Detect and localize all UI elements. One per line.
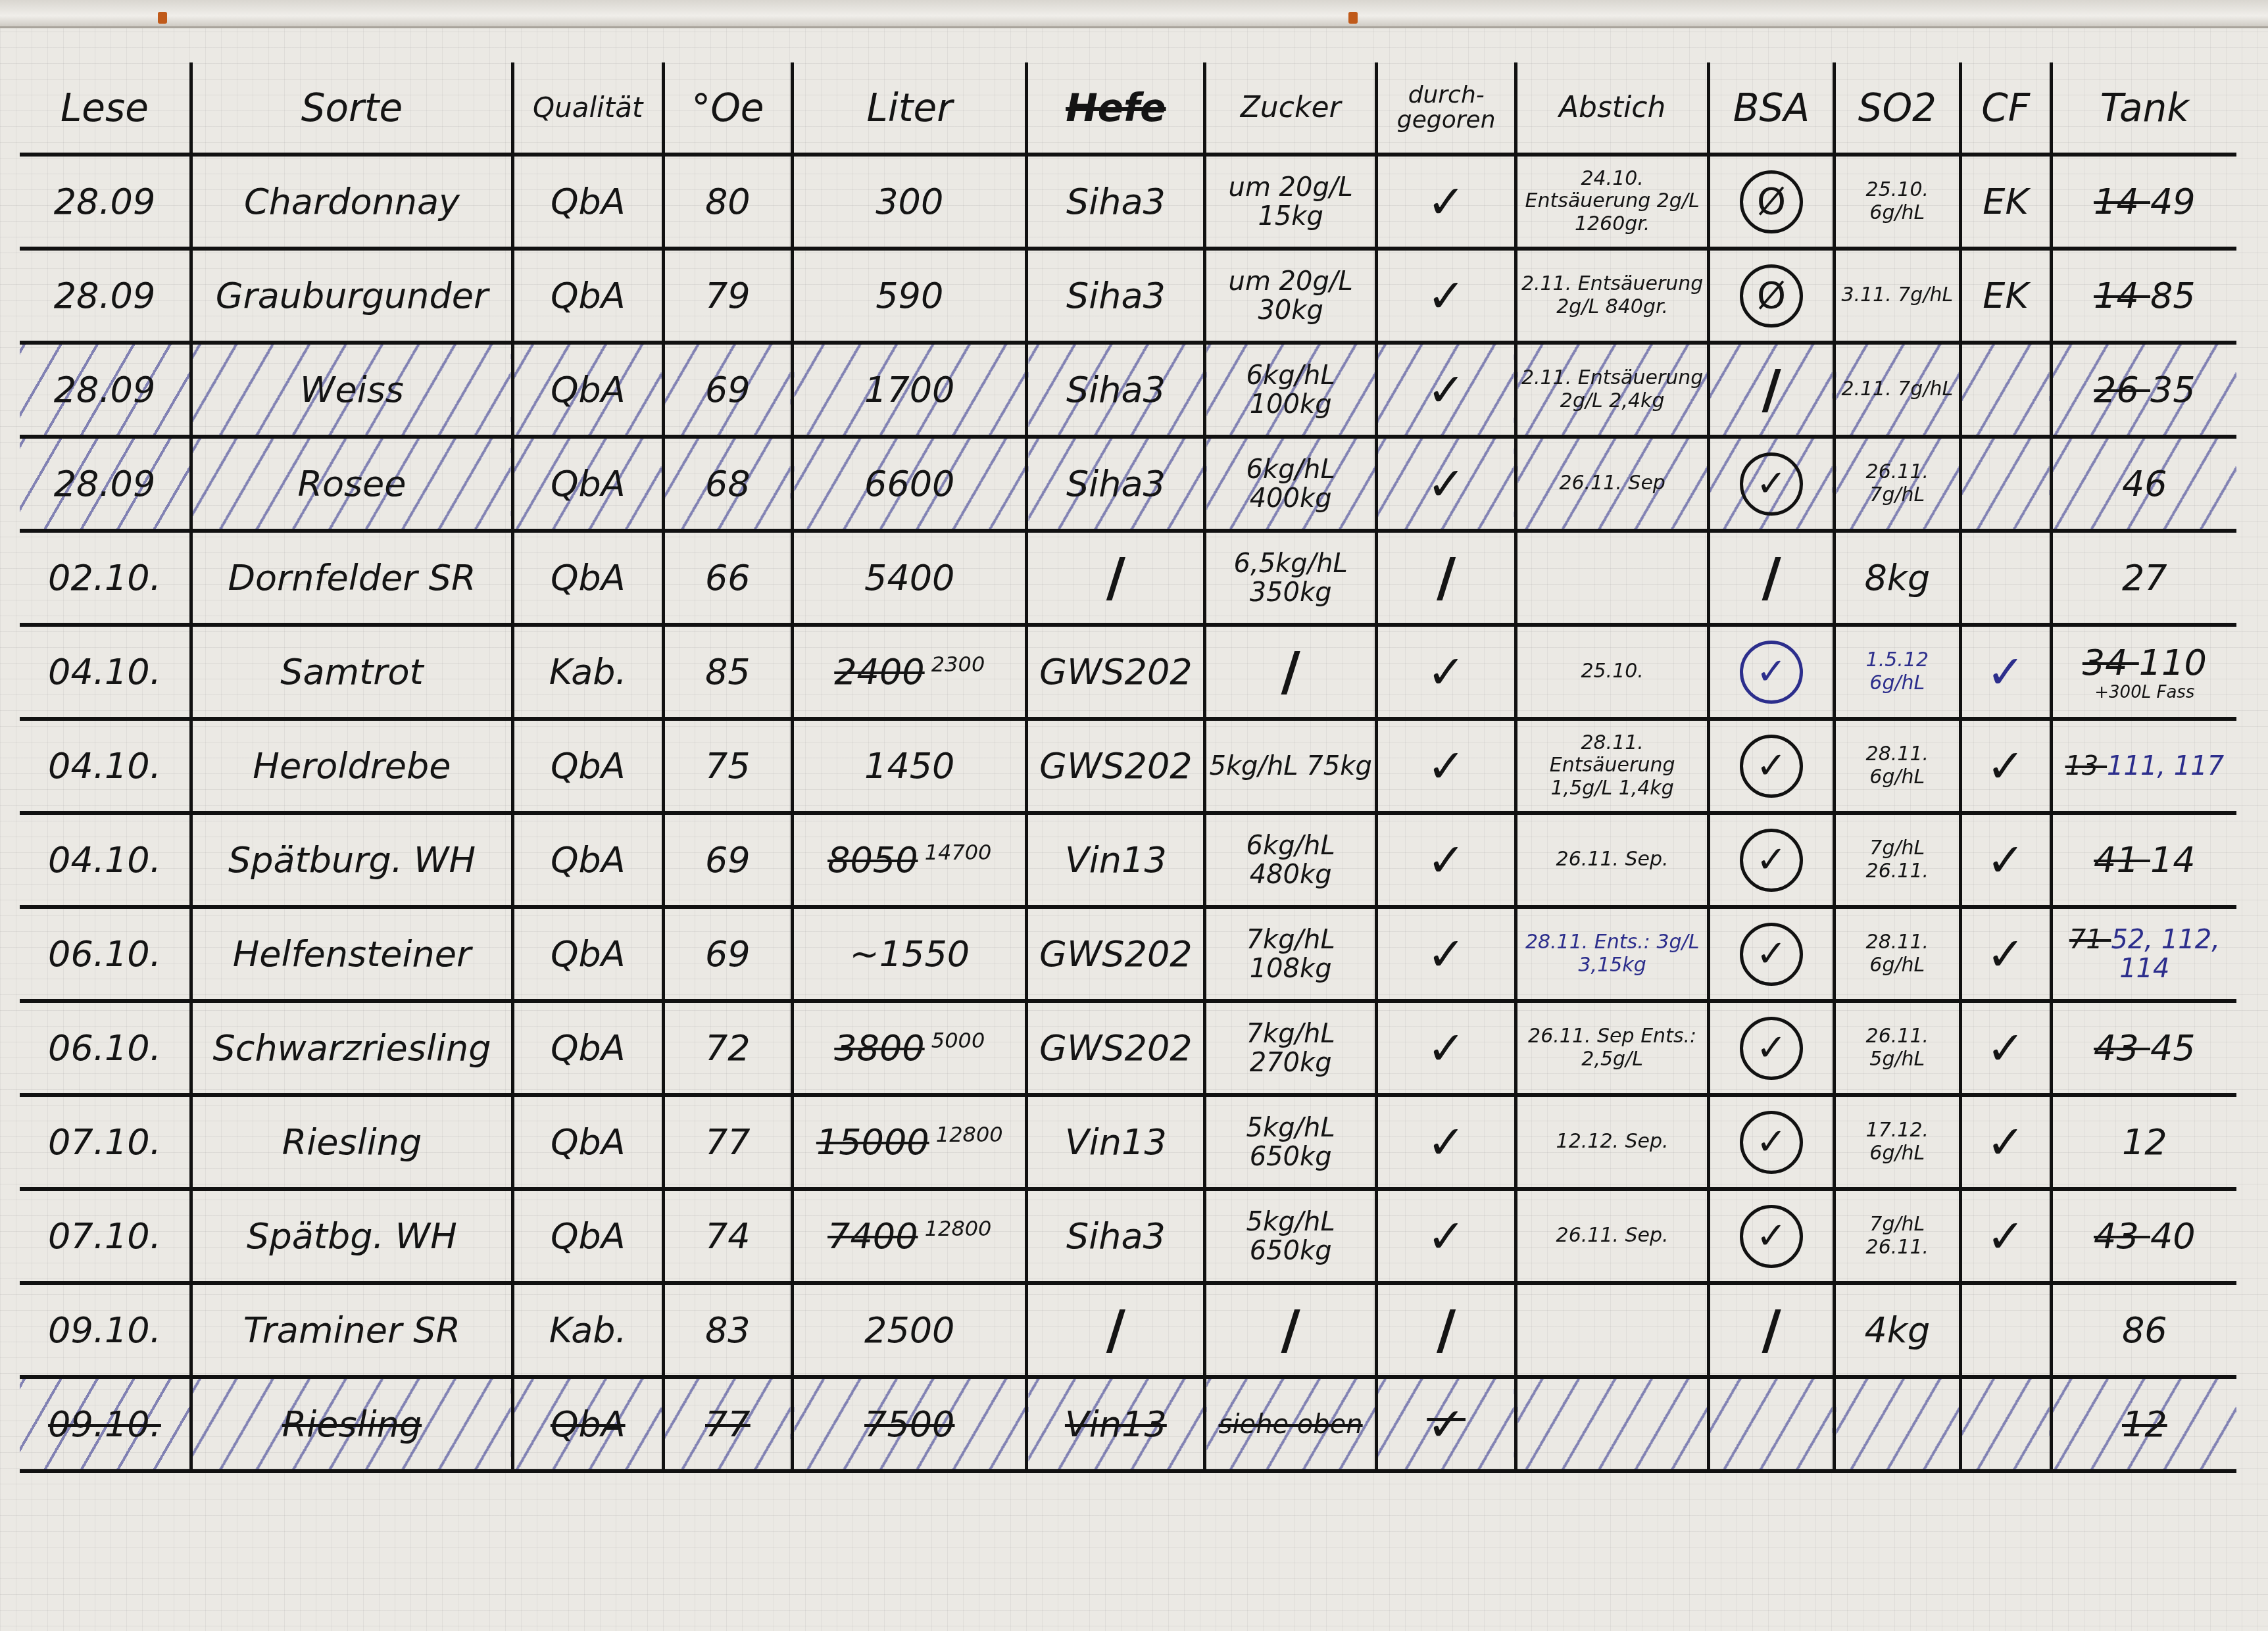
- cell-liter: 15000 12800: [793, 1095, 1027, 1189]
- cell-qualitaet: QbA: [512, 907, 663, 1001]
- cell-lese: 28.09: [20, 249, 191, 343]
- cell-durchgegoren: ✓: [1376, 719, 1516, 813]
- cell-hefe: Siha3: [1027, 343, 1205, 437]
- checkmark-icon: ✓: [1427, 269, 1466, 323]
- cell-hefe: GWS202: [1027, 907, 1205, 1001]
- bsa-circle-icon: ✓: [1740, 452, 1803, 516]
- cell-durchgegoren: ✓: [1376, 155, 1516, 249]
- cell-zucker: siehe oben: [1205, 1377, 1376, 1471]
- cell-abstich: 2.11. Entsäuerung 2g/L 840gr.: [1516, 249, 1708, 343]
- cell-cf: ✓: [1960, 625, 2051, 719]
- not-applicable-slash-icon: /: [1437, 1300, 1456, 1361]
- tank-value: 45: [2150, 1027, 2196, 1069]
- cell-sorte: Chardonnay: [191, 155, 512, 249]
- cell-bsa: Ø: [1708, 155, 1834, 249]
- cell-qualitaet: QbA: [512, 813, 663, 907]
- liter-old-value: 15000: [816, 1121, 929, 1163]
- col-tank: Tank: [2051, 62, 2236, 155]
- cell-qualitaet: QbA: [512, 719, 663, 813]
- cell-so2: 2.11. 7g/hL: [1835, 343, 1960, 437]
- cell-qualitaet: QbA: [512, 1377, 663, 1471]
- cell-abstich: [1516, 1283, 1708, 1377]
- col-bsa: BSA: [1708, 62, 1834, 155]
- cell-oechsle: 68: [663, 437, 793, 531]
- cell-oechsle: 72: [663, 1001, 793, 1095]
- cell-lese: 06.10.: [20, 907, 191, 1001]
- cell-hefe: Vin13: [1027, 1095, 1205, 1189]
- cell-lese: 02.10.: [20, 531, 191, 625]
- log-body: 28.09ChardonnayQbA80300Siha3um 20g/L 15k…: [20, 155, 2236, 1471]
- checkmark-icon: ✓: [1427, 1209, 1466, 1263]
- cell-zucker: 7kg/hL 270kg: [1205, 1001, 1376, 1095]
- cell-qualitaet: QbA: [512, 155, 663, 249]
- cell-cf: [1960, 437, 2051, 531]
- log-row: 02.10.Dornfelder SRQbA665400/6,5kg/hL 35…: [20, 531, 2236, 625]
- checkmark-icon: ✓: [1427, 927, 1466, 981]
- cell-so2: 3.11. 7g/hL: [1835, 249, 1960, 343]
- cell-bsa: ✓: [1708, 1001, 1834, 1095]
- not-applicable-slash-icon: /: [1762, 1300, 1781, 1361]
- cell-oechsle: 74: [663, 1189, 793, 1283]
- cell-hefe: /: [1027, 1283, 1205, 1377]
- cell-durchgegoren: ✓: [1376, 1095, 1516, 1189]
- cell-durchgegoren: ✓: [1376, 625, 1516, 719]
- tank-value: 111, 117: [2107, 751, 2224, 781]
- tank-note: +300L Fass: [2056, 683, 2234, 702]
- checkmark-icon: ✓: [1427, 833, 1466, 887]
- log-row: 09.10.Traminer SRKab.832500////4kg86: [20, 1283, 2236, 1377]
- bsa-circle-icon: ✓: [1740, 829, 1803, 892]
- checkmark-icon: ✓: [1427, 645, 1466, 699]
- not-applicable-slash-icon: /: [1281, 1300, 1300, 1361]
- not-applicable-slash-icon: /: [1281, 641, 1300, 702]
- cell-zucker: 7kg/hL 108kg: [1205, 907, 1376, 1001]
- tank-value: 35: [2150, 369, 2196, 410]
- cell-hefe: Siha3: [1027, 249, 1205, 343]
- cell-lese: 28.09: [20, 437, 191, 531]
- not-applicable-slash-icon: /: [1437, 547, 1456, 608]
- cell-qualitaet: QbA: [512, 437, 663, 531]
- cell-oechsle: 69: [663, 343, 793, 437]
- cell-cf: [1960, 1377, 2051, 1471]
- checkmark-icon: ✓: [1427, 363, 1466, 417]
- cell-hefe: Vin13: [1027, 1377, 1205, 1471]
- cell-sorte: Rosee: [191, 437, 512, 531]
- cell-zucker: 6kg/hL 480kg: [1205, 813, 1376, 907]
- log-row: 09.10.RieslingQbA777500Vin13siehe oben✓1…: [20, 1377, 2236, 1471]
- cell-zucker: /: [1205, 1283, 1376, 1377]
- cell-oechsle: 80: [663, 155, 793, 249]
- log-row: 28.09ChardonnayQbA80300Siha3um 20g/L 15k…: [20, 155, 2236, 249]
- cell-durchgegoren: ✓: [1376, 249, 1516, 343]
- cell-liter: 8050 14700: [793, 813, 1027, 907]
- cell-cf: [1960, 1283, 2051, 1377]
- cell-oechsle: 75: [663, 719, 793, 813]
- cell-oechsle: 85: [663, 625, 793, 719]
- cell-tank: 14 85: [2051, 249, 2236, 343]
- cell-lese: 09.10.: [20, 1283, 191, 1377]
- staple-right: [1348, 12, 1358, 24]
- log-row: 04.10.HeroldrebeQbA751450GWS2025kg/hL 75…: [20, 719, 2236, 813]
- staple-left: [158, 12, 167, 24]
- cell-tank: 86: [2051, 1283, 2236, 1377]
- cell-bsa: [1708, 1377, 1834, 1471]
- cell-oechsle: 83: [663, 1283, 793, 1377]
- bsa-circle-icon: Ø: [1740, 170, 1803, 233]
- cell-tank: 43 40: [2051, 1189, 2236, 1283]
- not-applicable-slash-icon: /: [1762, 547, 1781, 608]
- cell-zucker: 6,5kg/hL 350kg: [1205, 531, 1376, 625]
- cell-lese: 09.10.: [20, 1377, 191, 1471]
- log-row: 28.09WeissQbA691700Siha36kg/hL 100kg✓2.1…: [20, 343, 2236, 437]
- cell-sorte: Dornfelder SR: [191, 531, 512, 625]
- col-cf: CF: [1960, 62, 2051, 155]
- bsa-circle-icon: ✓: [1740, 1205, 1803, 1268]
- cell-so2: 17.12. 6g/hL: [1835, 1095, 1960, 1189]
- cell-so2: 4kg: [1835, 1283, 1960, 1377]
- cell-so2: 7g/hL 26.11.: [1835, 1189, 1960, 1283]
- cell-sorte: Traminer SR: [191, 1283, 512, 1377]
- col-durchgegoren: durch-gegoren: [1376, 62, 1516, 155]
- cell-tank: 71 52, 112, 114: [2051, 907, 2236, 1001]
- cell-abstich: [1516, 1377, 1708, 1471]
- tank-value: 40: [2150, 1215, 2196, 1257]
- cell-hefe: Vin13: [1027, 813, 1205, 907]
- col-lese: Lese: [20, 62, 191, 155]
- tank-old-value: 34: [2083, 642, 2139, 683]
- cell-sorte: Helfensteiner: [191, 907, 512, 1001]
- cell-durchgegoren: ✓: [1376, 437, 1516, 531]
- cell-lese: 28.09: [20, 343, 191, 437]
- cell-qualitaet: QbA: [512, 1095, 663, 1189]
- cell-qualitaet: QbA: [512, 249, 663, 343]
- cell-qualitaet: QbA: [512, 1189, 663, 1283]
- cell-oechsle: 69: [663, 813, 793, 907]
- cell-bsa: ✓: [1708, 1095, 1834, 1189]
- log-row: 04.10.SamtrotKab.852400 2300GWS202/✓25.1…: [20, 625, 2236, 719]
- cell-oechsle: 66: [663, 531, 793, 625]
- cell-tank: 34 110+300L Fass: [2051, 625, 2236, 719]
- liter-old-value: 3800: [834, 1027, 924, 1069]
- cell-oechsle: 69: [663, 907, 793, 1001]
- cell-cf: [1960, 343, 2051, 437]
- cell-tank: 46: [2051, 437, 2236, 531]
- cell-zucker: 5kg/hL 75kg: [1205, 719, 1376, 813]
- tank-value: 14: [2150, 839, 2196, 881]
- cell-zucker: um 20g/L 30kg: [1205, 249, 1376, 343]
- cell-hefe: GWS202: [1027, 625, 1205, 719]
- cell-abstich: 2.11. Entsäuerung 2g/L 2,4kg: [1516, 343, 1708, 437]
- cell-tank: 12: [2051, 1095, 2236, 1189]
- cell-bsa: /: [1708, 531, 1834, 625]
- checkmark-icon: ✓: [1427, 1021, 1466, 1075]
- liter-old-value: 7400: [827, 1215, 918, 1257]
- cell-sorte: Heroldrebe: [191, 719, 512, 813]
- cell-liter: 7400 12800: [793, 1189, 1027, 1283]
- header-row: Lese Sorte Qualität °Oe Liter Hefe Zucke…: [20, 62, 2236, 155]
- cell-bsa: ✓: [1708, 813, 1834, 907]
- cell-durchgegoren: ✓: [1376, 813, 1516, 907]
- cell-cf: ✓: [1960, 1095, 2051, 1189]
- tank-value: 12: [2122, 1121, 2167, 1163]
- cell-qualitaet: QbA: [512, 343, 663, 437]
- cell-abstich: 24.10. Entsäuerung 2g/L 1260gr.: [1516, 155, 1708, 249]
- cell-bsa: /: [1708, 343, 1834, 437]
- cell-hefe: Siha3: [1027, 155, 1205, 249]
- cell-tank: 13 111, 117: [2051, 719, 2236, 813]
- tank-value: 110: [2139, 642, 2207, 683]
- col-liter: Liter: [793, 62, 1027, 155]
- cell-liter: 1700: [793, 343, 1027, 437]
- cell-bsa: Ø: [1708, 249, 1834, 343]
- cell-cf: ✓: [1960, 813, 2051, 907]
- cell-so2: 28.11. 6g/hL: [1835, 907, 1960, 1001]
- checkmark-icon: ✓: [1986, 1021, 2025, 1075]
- cell-tank: 41 14: [2051, 813, 2236, 907]
- cell-sorte: Samtrot: [191, 625, 512, 719]
- cell-abstich: 28.11. Entsäuerung 1,5g/L 1,4kg: [1516, 719, 1708, 813]
- checkmark-icon: ✓: [1427, 1115, 1466, 1169]
- checkmark-icon: ✓: [1986, 739, 2025, 793]
- cell-durchgegoren: ✓: [1376, 343, 1516, 437]
- cell-hefe: GWS202: [1027, 1001, 1205, 1095]
- cell-bsa: ✓: [1708, 907, 1834, 1001]
- checkmark-icon: ✓: [1986, 927, 2025, 981]
- col-so2: SO2: [1835, 62, 1960, 155]
- not-applicable-slash-icon: /: [1106, 1300, 1125, 1361]
- cell-abstich: 26.11. Sep Ents.: 2,5g/L: [1516, 1001, 1708, 1095]
- cell-so2: 1.5.12 6g/hL: [1835, 625, 1960, 719]
- log-row: 06.10.SchwarzrieslingQbA723800 5000GWS20…: [20, 1001, 2236, 1095]
- log-row: 28.09RoseeQbA686600Siha36kg/hL 400kg✓26.…: [20, 437, 2236, 531]
- cell-cf: [1960, 531, 2051, 625]
- col-oechsle: °Oe: [663, 62, 793, 155]
- cell-lese: 04.10.: [20, 625, 191, 719]
- tank-old-value: 71: [2069, 925, 2111, 955]
- col-sorte: Sorte: [191, 62, 512, 155]
- cell-cf: EK: [1960, 249, 2051, 343]
- cell-abstich: 26.11. Sep.: [1516, 813, 1708, 907]
- cell-abstich: 25.10.: [1516, 625, 1708, 719]
- checkmark-icon: ✓: [1986, 645, 2025, 699]
- log-row: 04.10.Spätburg. WHQbA698050 14700Vin136k…: [20, 813, 2236, 907]
- checkmark-icon: ✓: [1427, 457, 1466, 511]
- cell-abstich: [1516, 531, 1708, 625]
- cell-abstich: 26.11. Sep.: [1516, 1189, 1708, 1283]
- bsa-circle-icon: ✓: [1740, 641, 1803, 704]
- cell-zucker: /: [1205, 625, 1376, 719]
- cell-liter: 6600: [793, 437, 1027, 531]
- checkmark-icon: ✓: [1427, 175, 1466, 229]
- tank-value: 86: [2122, 1309, 2167, 1351]
- graph-paper-page: Lese Sorte Qualität °Oe Liter Hefe Zucke…: [0, 0, 2268, 1631]
- cell-sorte: Spätburg. WH: [191, 813, 512, 907]
- cell-tank: 26 35: [2051, 343, 2236, 437]
- not-applicable-slash-icon: /: [1762, 359, 1781, 420]
- tank-old-value: 43: [2094, 1027, 2150, 1069]
- log-row: 06.10.HelfensteinerQbA69~1550GWS2027kg/h…: [20, 907, 2236, 1001]
- cell-durchgegoren: ✓: [1376, 1001, 1516, 1095]
- notebook-binding: [0, 0, 2268, 28]
- liter-corrected-value: 12800: [918, 1216, 992, 1241]
- cell-so2: 7g/hL 26.11.: [1835, 813, 1960, 907]
- cell-liter: 2500: [793, 1283, 1027, 1377]
- cell-sorte: Spätbg. WH: [191, 1189, 512, 1283]
- bsa-circle-icon: ✓: [1740, 1111, 1803, 1174]
- cell-so2: 26.11. 5g/hL: [1835, 1001, 1960, 1095]
- liter-old-value: 8050: [827, 839, 918, 881]
- cell-lese: 06.10.: [20, 1001, 191, 1095]
- col-abstich: Abstich: [1516, 62, 1708, 155]
- tank-value: 12: [2122, 1403, 2167, 1445]
- cell-cf: ✓: [1960, 1001, 2051, 1095]
- liter-corrected-value: 12800: [929, 1122, 1003, 1147]
- cell-durchgegoren: ✓: [1376, 1189, 1516, 1283]
- tank-old-value: 41: [2094, 839, 2150, 881]
- cell-durchgegoren: /: [1376, 531, 1516, 625]
- cell-qualitaet: QbA: [512, 1001, 663, 1095]
- tank-value: 46: [2122, 463, 2167, 504]
- cell-so2: [1835, 1377, 1960, 1471]
- cell-durchgegoren: /: [1376, 1283, 1516, 1377]
- cell-liter: 300: [793, 155, 1027, 249]
- log-row: 07.10.Spätbg. WHQbA747400 12800Siha35kg/…: [20, 1189, 2236, 1283]
- cell-sorte: Riesling: [191, 1377, 512, 1471]
- cell-cf: ✓: [1960, 1189, 2051, 1283]
- tank-old-value: 43: [2094, 1215, 2150, 1257]
- cell-zucker: um 20g/L 15kg: [1205, 155, 1376, 249]
- tank-value: 49: [2150, 181, 2196, 222]
- cell-tank: 27: [2051, 531, 2236, 625]
- col-zucker: Zucker: [1205, 62, 1376, 155]
- cell-qualitaet: Kab.: [512, 625, 663, 719]
- tank-value: 52, 112, 114: [2111, 925, 2219, 984]
- cell-hefe: /: [1027, 531, 1205, 625]
- checkmark-icon: ✓: [1986, 1209, 2025, 1263]
- cell-so2: 8kg: [1835, 531, 1960, 625]
- cell-sorte: Grauburgunder: [191, 249, 512, 343]
- liter-old-value: 2400: [834, 651, 924, 693]
- tank-old-value: 26: [2094, 369, 2150, 410]
- col-qualitaet: Qualität: [512, 62, 663, 155]
- cell-liter: 2400 2300: [793, 625, 1027, 719]
- cell-lese: 07.10.: [20, 1095, 191, 1189]
- cell-durchgegoren: ✓: [1376, 1377, 1516, 1471]
- bsa-circle-icon: ✓: [1740, 1017, 1803, 1080]
- cell-liter: ~1550: [793, 907, 1027, 1001]
- bsa-circle-icon: ✓: [1740, 923, 1803, 986]
- cell-lese: 04.10.: [20, 719, 191, 813]
- cell-oechsle: 79: [663, 249, 793, 343]
- cell-hefe: Siha3: [1027, 1189, 1205, 1283]
- log-row: 07.10.RieslingQbA7715000 12800Vin135kg/h…: [20, 1095, 2236, 1189]
- cell-hefe: Siha3: [1027, 437, 1205, 531]
- cell-bsa: ✓: [1708, 625, 1834, 719]
- cell-qualitaet: Kab.: [512, 1283, 663, 1377]
- checkmark-icon: ✓: [1986, 1115, 2025, 1169]
- log-row: 28.09GrauburgunderQbA79590Siha3um 20g/L …: [20, 249, 2236, 343]
- bsa-circle-icon: Ø: [1740, 264, 1803, 328]
- cell-cf: ✓: [1960, 907, 2051, 1001]
- liter-corrected-value: 14700: [918, 840, 992, 865]
- cell-hefe: GWS202: [1027, 719, 1205, 813]
- bsa-circle-icon: ✓: [1740, 735, 1803, 798]
- cell-liter: 1450: [793, 719, 1027, 813]
- cell-zucker: 6kg/hL 400kg: [1205, 437, 1376, 531]
- cell-cf: EK: [1960, 155, 2051, 249]
- cell-liter: 590: [793, 249, 1027, 343]
- cell-sorte: Riesling: [191, 1095, 512, 1189]
- cell-oechsle: 77: [663, 1377, 793, 1471]
- cell-oechsle: 77: [663, 1095, 793, 1189]
- cell-tank: 12: [2051, 1377, 2236, 1471]
- cell-durchgegoren: ✓: [1376, 907, 1516, 1001]
- cell-bsa: ✓: [1708, 719, 1834, 813]
- cell-zucker: 6kg/hL 100kg: [1205, 343, 1376, 437]
- cell-bsa: /: [1708, 1283, 1834, 1377]
- cell-zucker: 5kg/hL 650kg: [1205, 1189, 1376, 1283]
- tank-value: 27: [2122, 557, 2167, 598]
- cell-bsa: ✓: [1708, 1189, 1834, 1283]
- cell-bsa: ✓: [1708, 437, 1834, 531]
- cell-abstich: 28.11. Ents.: 3g/L 3,15kg: [1516, 907, 1708, 1001]
- cell-so2: 25.10. 6g/hL: [1835, 155, 1960, 249]
- cell-cf: ✓: [1960, 719, 2051, 813]
- tank-old-value: 14: [2094, 275, 2150, 316]
- liter-corrected-value: 2300: [925, 652, 985, 677]
- cell-lese: 28.09: [20, 155, 191, 249]
- cell-lese: 04.10.: [20, 813, 191, 907]
- cell-abstich: 12.12. Sep.: [1516, 1095, 1708, 1189]
- cell-so2: 28.11. 6g/hL: [1835, 719, 1960, 813]
- cell-qualitaet: QbA: [512, 531, 663, 625]
- liter-corrected-value: 5000: [925, 1028, 985, 1053]
- cell-lese: 07.10.: [20, 1189, 191, 1283]
- col-hefe: Hefe: [1027, 62, 1205, 155]
- not-applicable-slash-icon: /: [1106, 547, 1125, 608]
- cell-sorte: Schwarzriesling: [191, 1001, 512, 1095]
- cell-zucker: 5kg/hL 650kg: [1205, 1095, 1376, 1189]
- cell-liter: 7500: [793, 1377, 1027, 1471]
- cell-liter: 3800 5000: [793, 1001, 1027, 1095]
- checkmark-icon: ✓: [1427, 1398, 1466, 1451]
- checkmark-icon: ✓: [1427, 739, 1466, 793]
- tank-old-value: 14: [2094, 181, 2150, 222]
- tank-old-value: 13: [2065, 751, 2107, 781]
- cell-sorte: Weiss: [191, 343, 512, 437]
- cellar-log-table: Lese Sorte Qualität °Oe Liter Hefe Zucke…: [20, 62, 2236, 1473]
- checkmark-icon: ✓: [1986, 833, 2025, 887]
- cell-tank: 14 49: [2051, 155, 2236, 249]
- cell-so2: 26.11. 7g/hL: [1835, 437, 1960, 531]
- cell-abstich: 26.11. Sep: [1516, 437, 1708, 531]
- tank-value: 85: [2150, 275, 2196, 316]
- cell-liter: 5400: [793, 531, 1027, 625]
- cell-tank: 43 45: [2051, 1001, 2236, 1095]
